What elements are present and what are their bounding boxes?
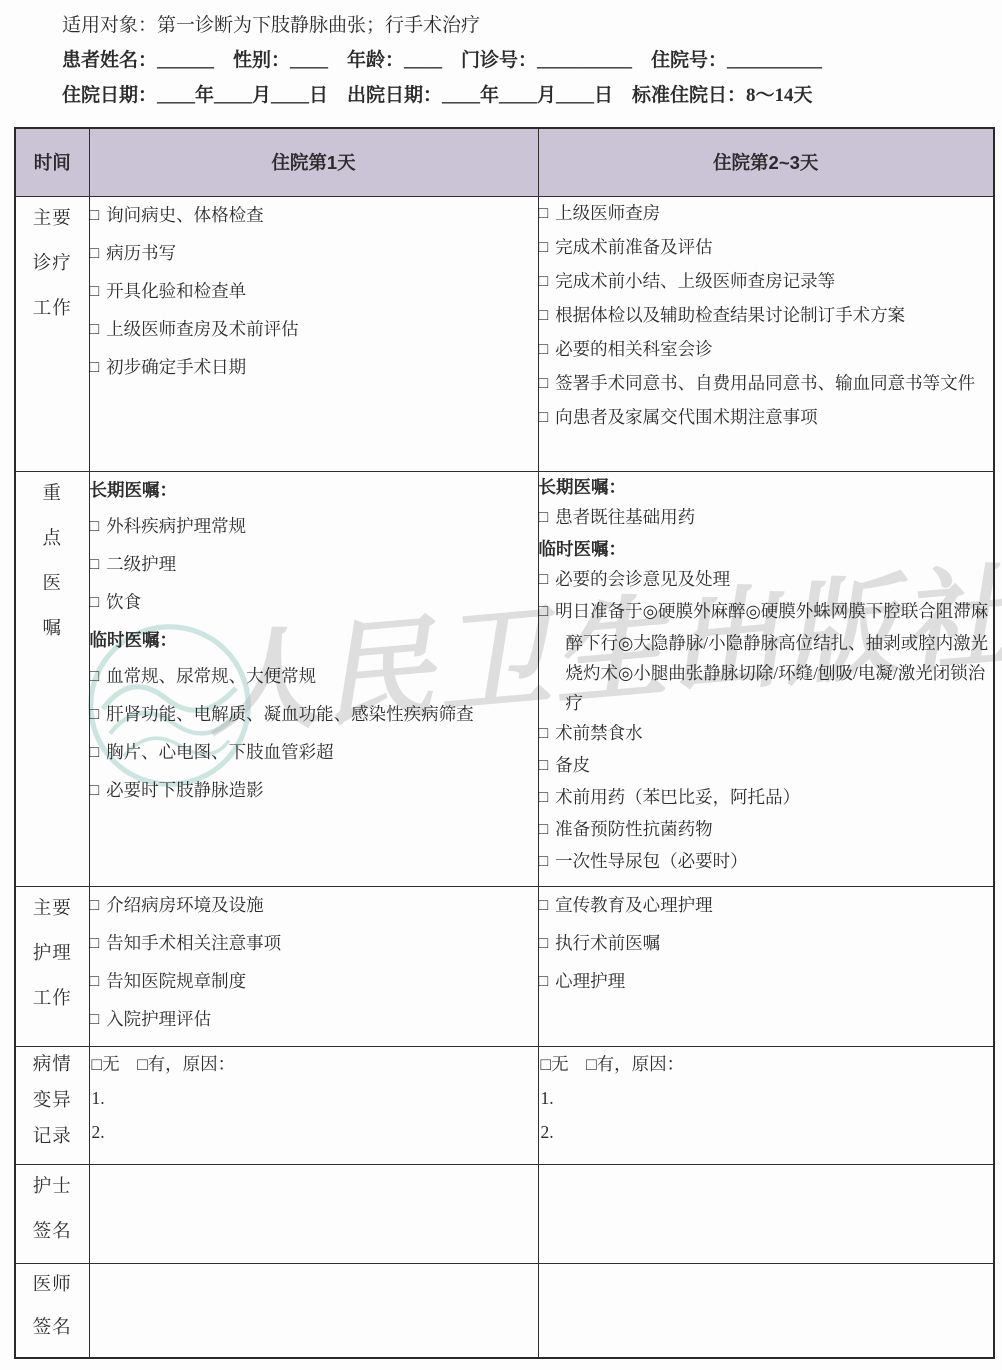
row-label-line: 重: [16, 472, 89, 517]
checkbox-icon: □: [90, 926, 100, 962]
checklist-item: □明日准备于◎硬膜外麻醉◎硬膜外蛛网膜下腔联合阻滞麻醉下行◎大隐静脉/小隐静脉高…: [539, 596, 994, 718]
row-label-line: 护士: [16, 1165, 89, 1210]
checklist-item: □血常规、尿常规、大便常规: [90, 658, 538, 696]
checklist-item: □肝肾功能、电解质、凝血功能、感染性疾病筛查: [90, 696, 538, 734]
order-section-heading: 长期医嘱：: [90, 472, 538, 508]
checklist-item: □告知医院规章制度: [90, 963, 538, 1001]
checklist-item: □饮食: [90, 584, 538, 622]
checklist-item: □向患者及家属交代围术期注意事项: [539, 401, 994, 435]
checkbox-icon: □: [539, 334, 549, 366]
checkbox-icon: □: [539, 751, 549, 781]
checklist-item: □开具化验和检查单: [90, 273, 538, 311]
row-label-line: 签名: [16, 1307, 89, 1350]
day1-cell: [89, 1263, 538, 1358]
row-label-line: 嘱: [16, 607, 89, 652]
checkbox-icon: □: [90, 198, 100, 234]
row-label-line: 诊疗: [16, 242, 89, 287]
row-label-line: 变异: [16, 1083, 89, 1119]
checklist-item: □宣传教育及心理护理: [539, 887, 994, 925]
checklist-item: □备皮: [539, 750, 994, 782]
day2-cell: □宣传教育及心理护理□执行术前医嘱□心理护理: [538, 886, 994, 1046]
row-label: 重点医嘱: [15, 471, 89, 886]
checkbox-icon: □: [539, 719, 549, 749]
checkbox-icon: □: [539, 565, 549, 595]
text-line: 2.: [539, 1115, 994, 1149]
checkbox-icon: □: [539, 402, 549, 434]
checklist-item: □一次性导尿包（必要时）: [539, 846, 994, 878]
checklist-item: □外科疾病护理常规: [90, 508, 538, 546]
checkbox-icon: □: [90, 509, 100, 545]
row-label-line: 工作: [16, 287, 89, 332]
column-header-time: 时间: [15, 128, 89, 196]
text-line: 1.: [539, 1081, 994, 1115]
row-label-line: 医师: [16, 1264, 89, 1307]
checklist-item: □完成术前小结、上级医师查房记录等: [539, 265, 994, 299]
clinical-pathway-table: 时间 住院第1天 住院第2~3天 主要诊疗工作□询问病史、体格检查□病历书写□开…: [14, 127, 995, 1359]
day1-cell: □询问病史、体格检查□病历书写□开具化验和检查单□上级医师查房及术前评估□初步确…: [89, 196, 538, 471]
checklist-item: □上级医师查房: [539, 197, 994, 231]
order-section-heading: 临时医嘱：: [539, 534, 994, 564]
row-label: 医师签名: [15, 1263, 89, 1358]
checklist-item: □询问病史、体格检查: [90, 197, 538, 235]
day2-cell: 长期医嘱：□患者既往基础用药临时医嘱：□必要的会诊意见及处理□明日准备于◎硬膜外…: [538, 471, 994, 886]
checkbox-icon: □: [539, 964, 549, 1000]
checklist-item: □执行术前医嘱: [539, 925, 994, 963]
row-label-line: 签名: [16, 1210, 89, 1255]
checkbox-icon: □: [90, 697, 100, 733]
checklist-item: □签署手术同意书、自费用品同意书、输血同意书等文件: [539, 367, 994, 401]
checklist-item: □必要的会诊意见及处理: [539, 564, 994, 596]
checklist-item: □必要时下肢静脉造影: [90, 772, 538, 810]
checklist-item: □心理护理: [539, 963, 994, 1001]
checkbox-icon: □: [90, 547, 100, 583]
checkbox-icon: □: [90, 585, 100, 621]
checkbox-icon: □: [539, 597, 549, 627]
checkbox-icon: □: [539, 783, 549, 813]
row-label-line: 病情: [16, 1047, 89, 1083]
row-label-line: 主要: [16, 887, 89, 932]
day1-cell: [89, 1164, 538, 1263]
checkbox-icon: □: [539, 815, 549, 845]
checkbox-icon: □: [539, 503, 549, 533]
table-header-row: 时间 住院第1天 住院第2~3天: [15, 128, 994, 196]
table-row: 病情变异记录□无 □有，原因：1.2.□无 □有，原因：1.2.: [15, 1046, 994, 1164]
checkbox-icon: □: [90, 735, 100, 771]
checkbox-icon: □: [90, 236, 100, 272]
table-row: 医师签名: [15, 1263, 994, 1358]
checklist-item: □胸片、心电图、下肢血管彩超: [90, 734, 538, 772]
document-header: 适用对象：第一诊断为下肢静脉曲张；行手术治疗 患者姓名：______ 性别：__…: [62, 8, 972, 113]
row-label-line: 工作: [16, 977, 89, 1022]
checklist-item: □术前用药（苯巴比妥，阿托品）: [539, 782, 994, 814]
day1-cell: 长期医嘱：□外科疾病护理常规□二级护理□饮食临时医嘱：□血常规、尿常规、大便常规…: [89, 471, 538, 886]
row-label-line: 点: [16, 517, 89, 562]
day2-cell: □上级医师查房□完成术前准备及评估□完成术前小结、上级医师查房记录等□根据体检以…: [538, 196, 994, 471]
checkbox-icon: □: [90, 274, 100, 310]
day2-cell: [538, 1164, 994, 1263]
admission-date-line: 住院日期：____年____月____日 出院日期：____年____月____…: [62, 78, 972, 113]
checkbox-icon: □: [90, 659, 100, 695]
checkbox-icon: □: [539, 232, 549, 264]
row-label: 护士签名: [15, 1164, 89, 1263]
patient-info-line: 患者姓名：______ 性别：____ 年龄：____ 门诊号：________…: [62, 43, 972, 78]
order-section-heading: 临时医嘱：: [90, 622, 538, 658]
checkbox-icon: □: [90, 773, 100, 809]
row-label-line: 记录: [16, 1119, 89, 1155]
checklist-item: □患者既往基础用药: [539, 502, 994, 534]
text-line: □无 □有，原因：: [90, 1047, 538, 1081]
checkbox-icon: □: [539, 926, 549, 962]
checkbox-icon: □: [90, 1002, 100, 1038]
day2-cell: [538, 1263, 994, 1358]
column-header-day1: 住院第1天: [89, 128, 538, 196]
checkbox-icon: □: [539, 266, 549, 298]
table-row: 重点医嘱长期医嘱：□外科疾病护理常规□二级护理□饮食临时医嘱：□血常规、尿常规、…: [15, 471, 994, 886]
checklist-item: □完成术前准备及评估: [539, 231, 994, 265]
clinical-pathway-document: 人民卫生出版社 适用对象：第一诊断为下肢静脉曲张；行手术治疗 患者姓名：____…: [0, 0, 1002, 1370]
row-label-line: 护理: [16, 932, 89, 977]
text-line: 1.: [90, 1081, 538, 1115]
checklist-item: □准备预防性抗菌药物: [539, 814, 994, 846]
checkbox-icon: □: [90, 350, 100, 386]
checkbox-icon: □: [90, 312, 100, 348]
checklist-item: □上级医师查房及术前评估: [90, 311, 538, 349]
table-row: 主要护理工作□介绍病房环境及设施□告知手术相关注意事项□告知医院规章制度□入院护…: [15, 886, 994, 1046]
checklist-item: □术前禁食水: [539, 718, 994, 750]
table-row: 主要诊疗工作□询问病史、体格检查□病历书写□开具化验和检查单□上级医师查房及术前…: [15, 196, 994, 471]
row-label-line: 主要: [16, 197, 89, 242]
checklist-item: □根据体检以及辅助检查结果讨论制订手术方案: [539, 299, 994, 333]
row-label-line: 医: [16, 562, 89, 607]
column-header-day2-3: 住院第2~3天: [538, 128, 994, 196]
checkbox-icon: □: [539, 847, 549, 877]
day2-cell: □无 □有，原因：1.2.: [538, 1046, 994, 1164]
checkbox-icon: □: [539, 368, 549, 400]
day1-cell: □介绍病房环境及设施□告知手术相关注意事项□告知医院规章制度□入院护理评估: [89, 886, 538, 1046]
row-label: 病情变异记录: [15, 1046, 89, 1164]
checkbox-icon: □: [539, 888, 549, 924]
checkbox-icon: □: [539, 300, 549, 332]
table-row: 护士签名: [15, 1164, 994, 1263]
text-line: □无 □有，原因：: [539, 1047, 994, 1081]
checkbox-icon: □: [90, 888, 100, 924]
checkbox-icon: □: [90, 964, 100, 1000]
checklist-item: □告知手术相关注意事项: [90, 925, 538, 963]
checklist-item: □初步确定手术日期: [90, 349, 538, 387]
row-label: 主要诊疗工作: [15, 196, 89, 471]
checklist-item: □入院护理评估: [90, 1001, 538, 1039]
row-label: 主要护理工作: [15, 886, 89, 1046]
applicable-scope-line: 适用对象：第一诊断为下肢静脉曲张；行手术治疗: [62, 8, 972, 43]
checklist-item: □二级护理: [90, 546, 538, 584]
checkbox-icon: □: [539, 198, 549, 230]
checklist-item: □必要的相关科室会诊: [539, 333, 994, 367]
text-line: 2.: [90, 1115, 538, 1149]
checklist-item: □介绍病房环境及设施: [90, 887, 538, 925]
day1-cell: □无 □有，原因：1.2.: [89, 1046, 538, 1164]
order-section-heading: 长期医嘱：: [539, 472, 994, 502]
checklist-item: □病历书写: [90, 235, 538, 273]
